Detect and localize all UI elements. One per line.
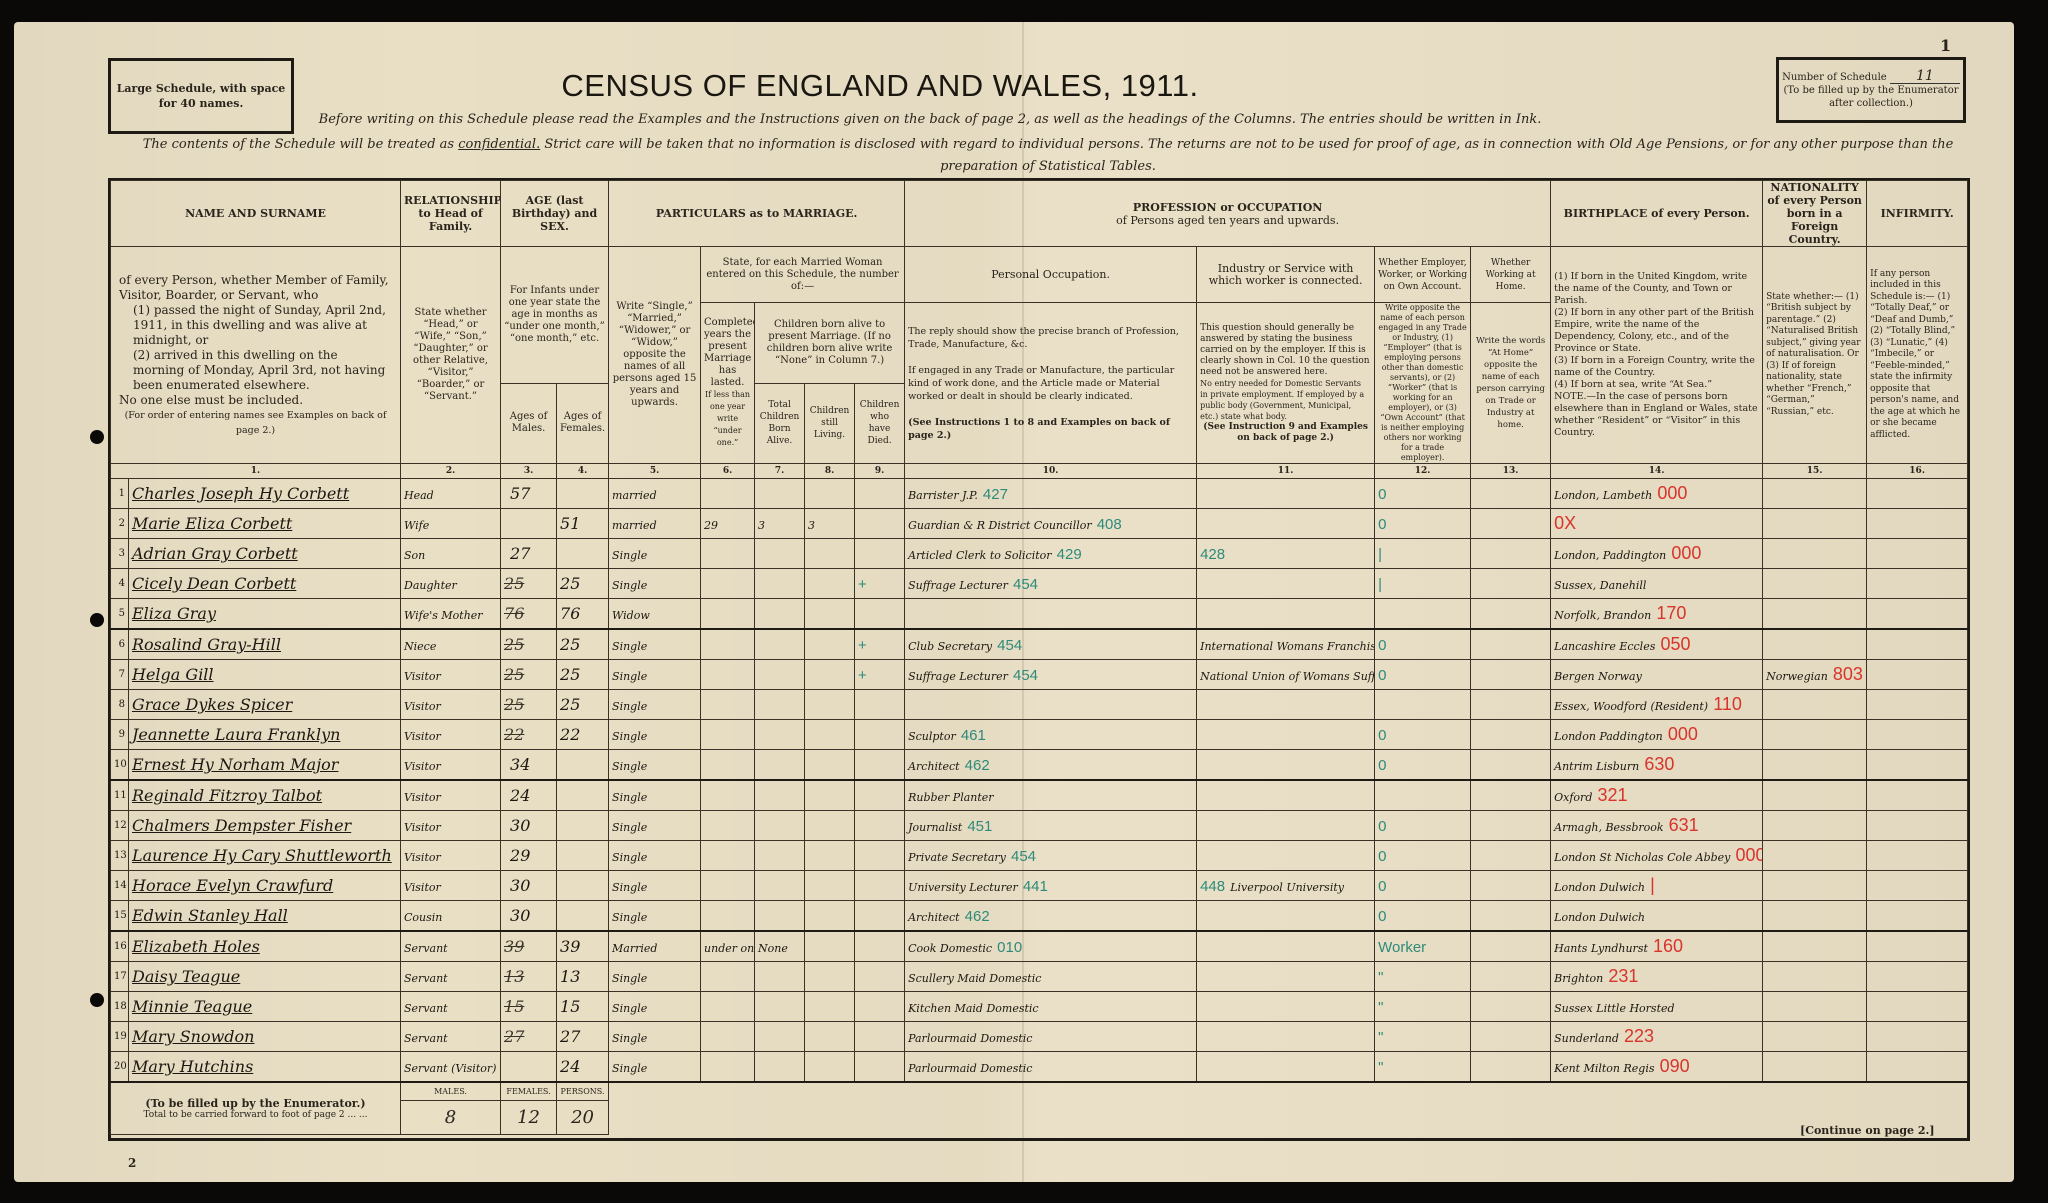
employer-cell[interactable]: 0 [1375, 901, 1471, 932]
industry-cell[interactable] [1197, 750, 1375, 781]
children-born-cell[interactable] [755, 690, 805, 720]
occupation-cell[interactable]: Club Secretary 454 [905, 629, 1197, 660]
children-living-cell[interactable] [805, 750, 855, 781]
children-born-cell[interactable] [755, 780, 805, 811]
children-living-cell[interactable] [805, 871, 855, 901]
name-cell[interactable]: Reginald Fitzroy Talbot [129, 780, 401, 811]
employer-cell[interactable]: 0 [1375, 509, 1471, 539]
children-died-cell[interactable] [855, 962, 905, 992]
employer-cell[interactable]: 0 [1375, 750, 1471, 781]
name-cell[interactable]: Mary Hutchins [129, 1052, 401, 1083]
relationship-cell[interactable]: Niece [401, 629, 501, 660]
industry-cell[interactable] [1197, 720, 1375, 750]
name-cell[interactable]: Adrian Gray Corbett [129, 539, 401, 569]
age-male-cell[interactable]: 15 [501, 992, 557, 1022]
marriage-years-cell[interactable] [701, 962, 755, 992]
marital-cell[interactable]: Single [609, 811, 701, 841]
children-died-cell[interactable] [855, 539, 905, 569]
children-living-cell[interactable] [805, 539, 855, 569]
nationality-cell[interactable] [1763, 931, 1867, 962]
industry-cell[interactable] [1197, 780, 1375, 811]
infirmity-cell[interactable] [1867, 811, 1968, 841]
at-home-cell[interactable] [1471, 931, 1551, 962]
marital-cell[interactable]: Single [609, 690, 701, 720]
infirmity-cell[interactable] [1867, 992, 1968, 1022]
children-living-cell[interactable] [805, 720, 855, 750]
totals-males-value[interactable]: 8 [401, 1100, 501, 1134]
industry-cell[interactable]: National Union of Womans Suffrage Societ… [1197, 660, 1375, 690]
children-living-cell[interactable] [805, 780, 855, 811]
occupation-cell[interactable]: Architect 462 [905, 901, 1197, 932]
at-home-cell[interactable] [1471, 569, 1551, 599]
marriage-years-cell[interactable] [701, 569, 755, 599]
age-male-cell[interactable]: 30 [501, 811, 557, 841]
children-died-cell[interactable]: + [855, 629, 905, 660]
employer-cell[interactable]: " [1375, 1022, 1471, 1052]
infirmity-cell[interactable] [1867, 509, 1968, 539]
infirmity-cell[interactable] [1867, 629, 1968, 660]
employer-cell[interactable]: " [1375, 992, 1471, 1022]
name-cell[interactable]: Cicely Dean Corbett [129, 569, 401, 599]
marital-cell[interactable]: Single [609, 629, 701, 660]
employer-cell[interactable]: 0 [1375, 720, 1471, 750]
children-born-cell[interactable] [755, 479, 805, 509]
at-home-cell[interactable] [1471, 962, 1551, 992]
infirmity-cell[interactable] [1867, 750, 1968, 781]
at-home-cell[interactable] [1471, 720, 1551, 750]
at-home-cell[interactable] [1471, 871, 1551, 901]
age-male-cell[interactable]: 57 [501, 479, 557, 509]
children-died-cell[interactable] [855, 811, 905, 841]
marital-cell[interactable]: Single [609, 992, 701, 1022]
totals-persons-value[interactable]: 20 [557, 1100, 609, 1134]
children-died-cell[interactable] [855, 479, 905, 509]
age-female-cell[interactable]: 39 [557, 931, 609, 962]
infirmity-cell[interactable] [1867, 962, 1968, 992]
birthplace-cell[interactable]: 0X [1551, 509, 1763, 539]
industry-cell[interactable]: International Womans Franchise Club Limi… [1197, 629, 1375, 660]
children-living-cell[interactable] [805, 629, 855, 660]
birthplace-cell[interactable]: London St Nicholas Cole Abbey 000 [1551, 841, 1763, 871]
industry-cell[interactable] [1197, 962, 1375, 992]
marital-cell[interactable]: Single [609, 750, 701, 781]
marital-cell[interactable]: Single [609, 1052, 701, 1083]
occupation-cell[interactable]: Journalist 451 [905, 811, 1197, 841]
age-female-cell[interactable] [557, 811, 609, 841]
marriage-years-cell[interactable] [701, 992, 755, 1022]
infirmity-cell[interactable] [1867, 901, 1968, 932]
children-living-cell[interactable] [805, 599, 855, 630]
marriage-years-cell[interactable] [701, 660, 755, 690]
occupation-cell[interactable]: Rubber Planter [905, 780, 1197, 811]
marriage-years-cell[interactable] [701, 720, 755, 750]
age-female-cell[interactable] [557, 750, 609, 781]
age-female-cell[interactable] [557, 539, 609, 569]
age-male-cell[interactable]: 39 [501, 931, 557, 962]
marriage-years-cell[interactable] [701, 841, 755, 871]
nationality-cell[interactable] [1763, 780, 1867, 811]
birthplace-cell[interactable]: London, Paddington 000 [1551, 539, 1763, 569]
employer-cell[interactable]: 0 [1375, 479, 1471, 509]
children-died-cell[interactable] [855, 750, 905, 781]
children-born-cell[interactable] [755, 992, 805, 1022]
name-cell[interactable]: Charles Joseph Hy Corbett [129, 479, 401, 509]
children-died-cell[interactable] [855, 509, 905, 539]
age-male-cell[interactable]: 30 [501, 871, 557, 901]
marital-cell[interactable]: Single [609, 720, 701, 750]
infirmity-cell[interactable] [1867, 479, 1968, 509]
birthplace-cell[interactable]: Brighton 231 [1551, 962, 1763, 992]
nationality-cell[interactable] [1763, 569, 1867, 599]
industry-cell[interactable] [1197, 509, 1375, 539]
industry-cell[interactable] [1197, 992, 1375, 1022]
age-male-cell[interactable]: 25 [501, 660, 557, 690]
at-home-cell[interactable] [1471, 841, 1551, 871]
occupation-cell[interactable]: Parlourmaid Domestic [905, 1022, 1197, 1052]
children-living-cell[interactable] [805, 811, 855, 841]
occupation-cell[interactable]: Articled Clerk to Solicitor 429 [905, 539, 1197, 569]
occupation-cell[interactable]: Kitchen Maid Domestic [905, 992, 1197, 1022]
occupation-cell[interactable]: Parlourmaid Domestic [905, 1052, 1197, 1083]
nationality-cell[interactable] [1763, 629, 1867, 660]
nationality-cell[interactable] [1763, 479, 1867, 509]
birthplace-cell[interactable]: London Dulwich | [1551, 871, 1763, 901]
age-female-cell[interactable]: 15 [557, 992, 609, 1022]
occupation-cell[interactable]: Suffrage Lecturer 454 [905, 660, 1197, 690]
age-female-cell[interactable] [557, 841, 609, 871]
children-living-cell[interactable] [805, 931, 855, 962]
age-male-cell[interactable]: 22 [501, 720, 557, 750]
children-died-cell[interactable] [855, 690, 905, 720]
marriage-years-cell[interactable]: under one [701, 931, 755, 962]
birthplace-cell[interactable]: Oxford 321 [1551, 780, 1763, 811]
nationality-cell[interactable] [1763, 1022, 1867, 1052]
employer-cell[interactable]: " [1375, 1052, 1471, 1083]
relationship-cell[interactable]: Visitor [401, 720, 501, 750]
industry-cell[interactable] [1197, 569, 1375, 599]
age-female-cell[interactable] [557, 780, 609, 811]
at-home-cell[interactable] [1471, 509, 1551, 539]
occupation-cell[interactable]: Cook Domestic 010 [905, 931, 1197, 962]
age-male-cell[interactable]: 30 [501, 901, 557, 932]
birthplace-cell[interactable]: Antrim Lisburn 630 [1551, 750, 1763, 781]
schedule-number-value[interactable]: 11 [1890, 70, 1960, 84]
relationship-cell[interactable]: Servant (Visitor) [401, 1052, 501, 1083]
marital-cell[interactable]: Single [609, 780, 701, 811]
employer-cell[interactable]: " [1375, 962, 1471, 992]
age-female-cell[interactable] [557, 871, 609, 901]
employer-cell[interactable]: 0 [1375, 841, 1471, 871]
infirmity-cell[interactable] [1867, 931, 1968, 962]
nationality-cell[interactable] [1763, 539, 1867, 569]
nationality-cell[interactable] [1763, 599, 1867, 630]
marital-cell[interactable]: Widow [609, 599, 701, 630]
children-born-cell[interactable] [755, 871, 805, 901]
employer-cell[interactable]: 0 [1375, 660, 1471, 690]
employer-cell[interactable]: 0 [1375, 811, 1471, 841]
at-home-cell[interactable] [1471, 901, 1551, 932]
birthplace-cell[interactable]: Sussex Little Horsted [1551, 992, 1763, 1022]
relationship-cell[interactable]: Visitor [401, 750, 501, 781]
name-cell[interactable]: Mary Snowdon [129, 1022, 401, 1052]
industry-cell[interactable] [1197, 901, 1375, 932]
children-living-cell[interactable] [805, 992, 855, 1022]
children-born-cell[interactable] [755, 1022, 805, 1052]
age-female-cell[interactable]: 25 [557, 660, 609, 690]
employer-cell[interactable]: | [1375, 539, 1471, 569]
children-died-cell[interactable] [855, 992, 905, 1022]
birthplace-cell[interactable]: London, Lambeth 000 [1551, 479, 1763, 509]
children-born-cell[interactable] [755, 841, 805, 871]
at-home-cell[interactable] [1471, 1052, 1551, 1083]
marital-cell[interactable]: married [609, 479, 701, 509]
children-living-cell[interactable] [805, 690, 855, 720]
marital-cell[interactable]: Single [609, 962, 701, 992]
birthplace-cell[interactable]: Lancashire Eccles 050 [1551, 629, 1763, 660]
at-home-cell[interactable] [1471, 629, 1551, 660]
children-living-cell[interactable] [805, 479, 855, 509]
marital-cell[interactable]: Single [609, 1022, 701, 1052]
name-cell[interactable]: Daisy Teague [129, 962, 401, 992]
relationship-cell[interactable]: Son [401, 539, 501, 569]
name-cell[interactable]: Ernest Hy Norham Major [129, 750, 401, 781]
age-male-cell[interactable]: 34 [501, 750, 557, 781]
at-home-cell[interactable] [1471, 1022, 1551, 1052]
employer-cell[interactable] [1375, 780, 1471, 811]
age-female-cell[interactable]: 51 [557, 509, 609, 539]
infirmity-cell[interactable] [1867, 569, 1968, 599]
employer-cell[interactable] [1375, 690, 1471, 720]
marriage-years-cell[interactable] [701, 1022, 755, 1052]
birthplace-cell[interactable]: Hants Lyndhurst 160 [1551, 931, 1763, 962]
at-home-cell[interactable] [1471, 660, 1551, 690]
birthplace-cell[interactable]: Norfolk, Brandon 170 [1551, 599, 1763, 630]
industry-cell[interactable] [1197, 599, 1375, 630]
occupation-cell[interactable]: Private Secretary 454 [905, 841, 1197, 871]
name-cell[interactable]: Jeannette Laura Franklyn [129, 720, 401, 750]
age-male-cell[interactable] [501, 509, 557, 539]
age-male-cell[interactable]: 25 [501, 569, 557, 599]
birthplace-cell[interactable]: Armagh, Bessbrook 631 [1551, 811, 1763, 841]
children-born-cell[interactable]: 3 [755, 509, 805, 539]
employer-cell[interactable]: | [1375, 569, 1471, 599]
name-cell[interactable]: Minnie Teague [129, 992, 401, 1022]
name-cell[interactable]: Edwin Stanley Hall [129, 901, 401, 932]
infirmity-cell[interactable] [1867, 660, 1968, 690]
infirmity-cell[interactable] [1867, 690, 1968, 720]
children-living-cell[interactable]: 3 [805, 509, 855, 539]
marriage-years-cell[interactable] [701, 750, 755, 781]
marital-cell[interactable]: Married [609, 931, 701, 962]
children-living-cell[interactable] [805, 660, 855, 690]
name-cell[interactable]: Laurence Hy Cary Shuttleworth [129, 841, 401, 871]
marriage-years-cell[interactable] [701, 690, 755, 720]
marital-cell[interactable]: Single [609, 569, 701, 599]
birthplace-cell[interactable]: London Dulwich [1551, 901, 1763, 932]
nationality-cell[interactable] [1763, 901, 1867, 932]
birthplace-cell[interactable]: Kent Milton Regis 090 [1551, 1052, 1763, 1083]
occupation-cell[interactable]: Scullery Maid Domestic [905, 962, 1197, 992]
at-home-cell[interactable] [1471, 479, 1551, 509]
infirmity-cell[interactable] [1867, 599, 1968, 630]
children-died-cell[interactable]: + [855, 660, 905, 690]
occupation-cell[interactable]: Barrister J.P. 427 [905, 479, 1197, 509]
relationship-cell[interactable]: Visitor [401, 841, 501, 871]
employer-cell[interactable]: 0 [1375, 871, 1471, 901]
marriage-years-cell[interactable] [701, 539, 755, 569]
birthplace-cell[interactable]: Essex, Woodford (Resident) 110 [1551, 690, 1763, 720]
age-female-cell[interactable]: 25 [557, 569, 609, 599]
children-living-cell[interactable] [805, 901, 855, 932]
age-female-cell[interactable]: 13 [557, 962, 609, 992]
industry-cell[interactable] [1197, 690, 1375, 720]
marital-cell[interactable]: Single [609, 660, 701, 690]
age-female-cell[interactable]: 25 [557, 629, 609, 660]
children-died-cell[interactable] [855, 841, 905, 871]
name-cell[interactable]: Horace Evelyn Crawfurd [129, 871, 401, 901]
employer-cell[interactable] [1375, 599, 1471, 630]
occupation-cell[interactable]: Sculptor 461 [905, 720, 1197, 750]
relationship-cell[interactable]: Servant [401, 1022, 501, 1052]
birthplace-cell[interactable]: Sussex, Danehill [1551, 569, 1763, 599]
occupation-cell[interactable]: University Lecturer 441 [905, 871, 1197, 901]
nationality-cell[interactable] [1763, 690, 1867, 720]
children-died-cell[interactable] [855, 599, 905, 630]
children-living-cell[interactable] [805, 569, 855, 599]
nationality-cell[interactable] [1763, 962, 1867, 992]
employer-cell[interactable]: Worker [1375, 931, 1471, 962]
children-born-cell[interactable] [755, 720, 805, 750]
children-born-cell[interactable] [755, 1052, 805, 1083]
marriage-years-cell[interactable] [701, 780, 755, 811]
nationality-cell[interactable] [1763, 871, 1867, 901]
age-female-cell[interactable]: 76 [557, 599, 609, 630]
children-born-cell[interactable] [755, 629, 805, 660]
age-male-cell[interactable]: 25 [501, 690, 557, 720]
at-home-cell[interactable] [1471, 811, 1551, 841]
age-male-cell[interactable]: 27 [501, 1022, 557, 1052]
nationality-cell[interactable] [1763, 992, 1867, 1022]
occupation-cell[interactable]: Guardian & R District Councillor 408 [905, 509, 1197, 539]
age-female-cell[interactable]: 22 [557, 720, 609, 750]
industry-cell[interactable] [1197, 841, 1375, 871]
industry-cell[interactable]: 428 [1197, 539, 1375, 569]
infirmity-cell[interactable] [1867, 720, 1968, 750]
name-cell[interactable]: Elizabeth Holes [129, 931, 401, 962]
marital-cell[interactable]: Single [609, 901, 701, 932]
at-home-cell[interactable] [1471, 690, 1551, 720]
age-female-cell[interactable] [557, 479, 609, 509]
occupation-cell[interactable] [905, 599, 1197, 630]
name-cell[interactable]: Chalmers Dempster Fisher [129, 811, 401, 841]
industry-cell[interactable] [1197, 811, 1375, 841]
relationship-cell[interactable]: Daughter [401, 569, 501, 599]
children-died-cell[interactable] [855, 901, 905, 932]
marriage-years-cell[interactable] [701, 901, 755, 932]
age-male-cell[interactable]: 76 [501, 599, 557, 630]
birthplace-cell[interactable]: Sunderland 223 [1551, 1022, 1763, 1052]
relationship-cell[interactable]: Wife's Mother [401, 599, 501, 630]
children-born-cell[interactable] [755, 599, 805, 630]
relationship-cell[interactable]: Servant [401, 931, 501, 962]
industry-cell[interactable]: 448 Liverpool University [1197, 871, 1375, 901]
relationship-cell[interactable]: Cousin [401, 901, 501, 932]
nationality-cell[interactable] [1763, 811, 1867, 841]
marriage-years-cell[interactable]: 29 [701, 509, 755, 539]
marital-cell[interactable]: married [609, 509, 701, 539]
at-home-cell[interactable] [1471, 599, 1551, 630]
industry-cell[interactable] [1197, 479, 1375, 509]
nationality-cell[interactable] [1763, 841, 1867, 871]
at-home-cell[interactable] [1471, 780, 1551, 811]
relationship-cell[interactable]: Visitor [401, 690, 501, 720]
children-born-cell[interactable] [755, 811, 805, 841]
age-male-cell[interactable]: 24 [501, 780, 557, 811]
relationship-cell[interactable]: Servant [401, 962, 501, 992]
children-living-cell[interactable] [805, 1052, 855, 1083]
employer-cell[interactable]: 0 [1375, 629, 1471, 660]
at-home-cell[interactable] [1471, 750, 1551, 781]
relationship-cell[interactable]: Head [401, 479, 501, 509]
children-living-cell[interactable] [805, 841, 855, 871]
marriage-years-cell[interactable] [701, 629, 755, 660]
marriage-years-cell[interactable] [701, 871, 755, 901]
relationship-cell[interactable]: Visitor [401, 811, 501, 841]
name-cell[interactable]: Marie Eliza Corbett [129, 509, 401, 539]
children-born-cell[interactable] [755, 901, 805, 932]
industry-cell[interactable] [1197, 1052, 1375, 1083]
children-died-cell[interactable] [855, 931, 905, 962]
marriage-years-cell[interactable] [701, 479, 755, 509]
name-cell[interactable]: Rosalind Gray-Hill [129, 629, 401, 660]
age-female-cell[interactable]: 25 [557, 690, 609, 720]
age-male-cell[interactable] [501, 1052, 557, 1083]
children-born-cell[interactable]: None [755, 931, 805, 962]
relationship-cell[interactable]: Visitor [401, 780, 501, 811]
age-male-cell[interactable]: 27 [501, 539, 557, 569]
relationship-cell[interactable]: Visitor [401, 660, 501, 690]
occupation-cell[interactable] [905, 690, 1197, 720]
age-female-cell[interactable] [557, 901, 609, 932]
age-male-cell[interactable]: 13 [501, 962, 557, 992]
infirmity-cell[interactable] [1867, 1022, 1968, 1052]
marital-cell[interactable]: Single [609, 871, 701, 901]
children-born-cell[interactable] [755, 569, 805, 599]
age-male-cell[interactable]: 29 [501, 841, 557, 871]
children-died-cell[interactable] [855, 1022, 905, 1052]
occupation-cell[interactable]: Architect 462 [905, 750, 1197, 781]
marriage-years-cell[interactable] [701, 811, 755, 841]
children-died-cell[interactable] [855, 720, 905, 750]
relationship-cell[interactable]: Wife [401, 509, 501, 539]
children-born-cell[interactable] [755, 962, 805, 992]
children-died-cell[interactable] [855, 780, 905, 811]
nationality-cell[interactable] [1763, 509, 1867, 539]
nationality-cell[interactable] [1763, 1052, 1867, 1083]
age-female-cell[interactable]: 27 [557, 1022, 609, 1052]
occupation-cell[interactable]: Suffrage Lecturer 454 [905, 569, 1197, 599]
infirmity-cell[interactable] [1867, 1052, 1968, 1083]
infirmity-cell[interactable] [1867, 539, 1968, 569]
birthplace-cell[interactable]: London Paddington 000 [1551, 720, 1763, 750]
children-died-cell[interactable] [855, 1052, 905, 1083]
marriage-years-cell[interactable] [701, 599, 755, 630]
children-died-cell[interactable]: + [855, 569, 905, 599]
age-male-cell[interactable]: 25 [501, 629, 557, 660]
children-born-cell[interactable] [755, 539, 805, 569]
name-cell[interactable]: Eliza Gray [129, 599, 401, 630]
marital-cell[interactable]: Single [609, 539, 701, 569]
